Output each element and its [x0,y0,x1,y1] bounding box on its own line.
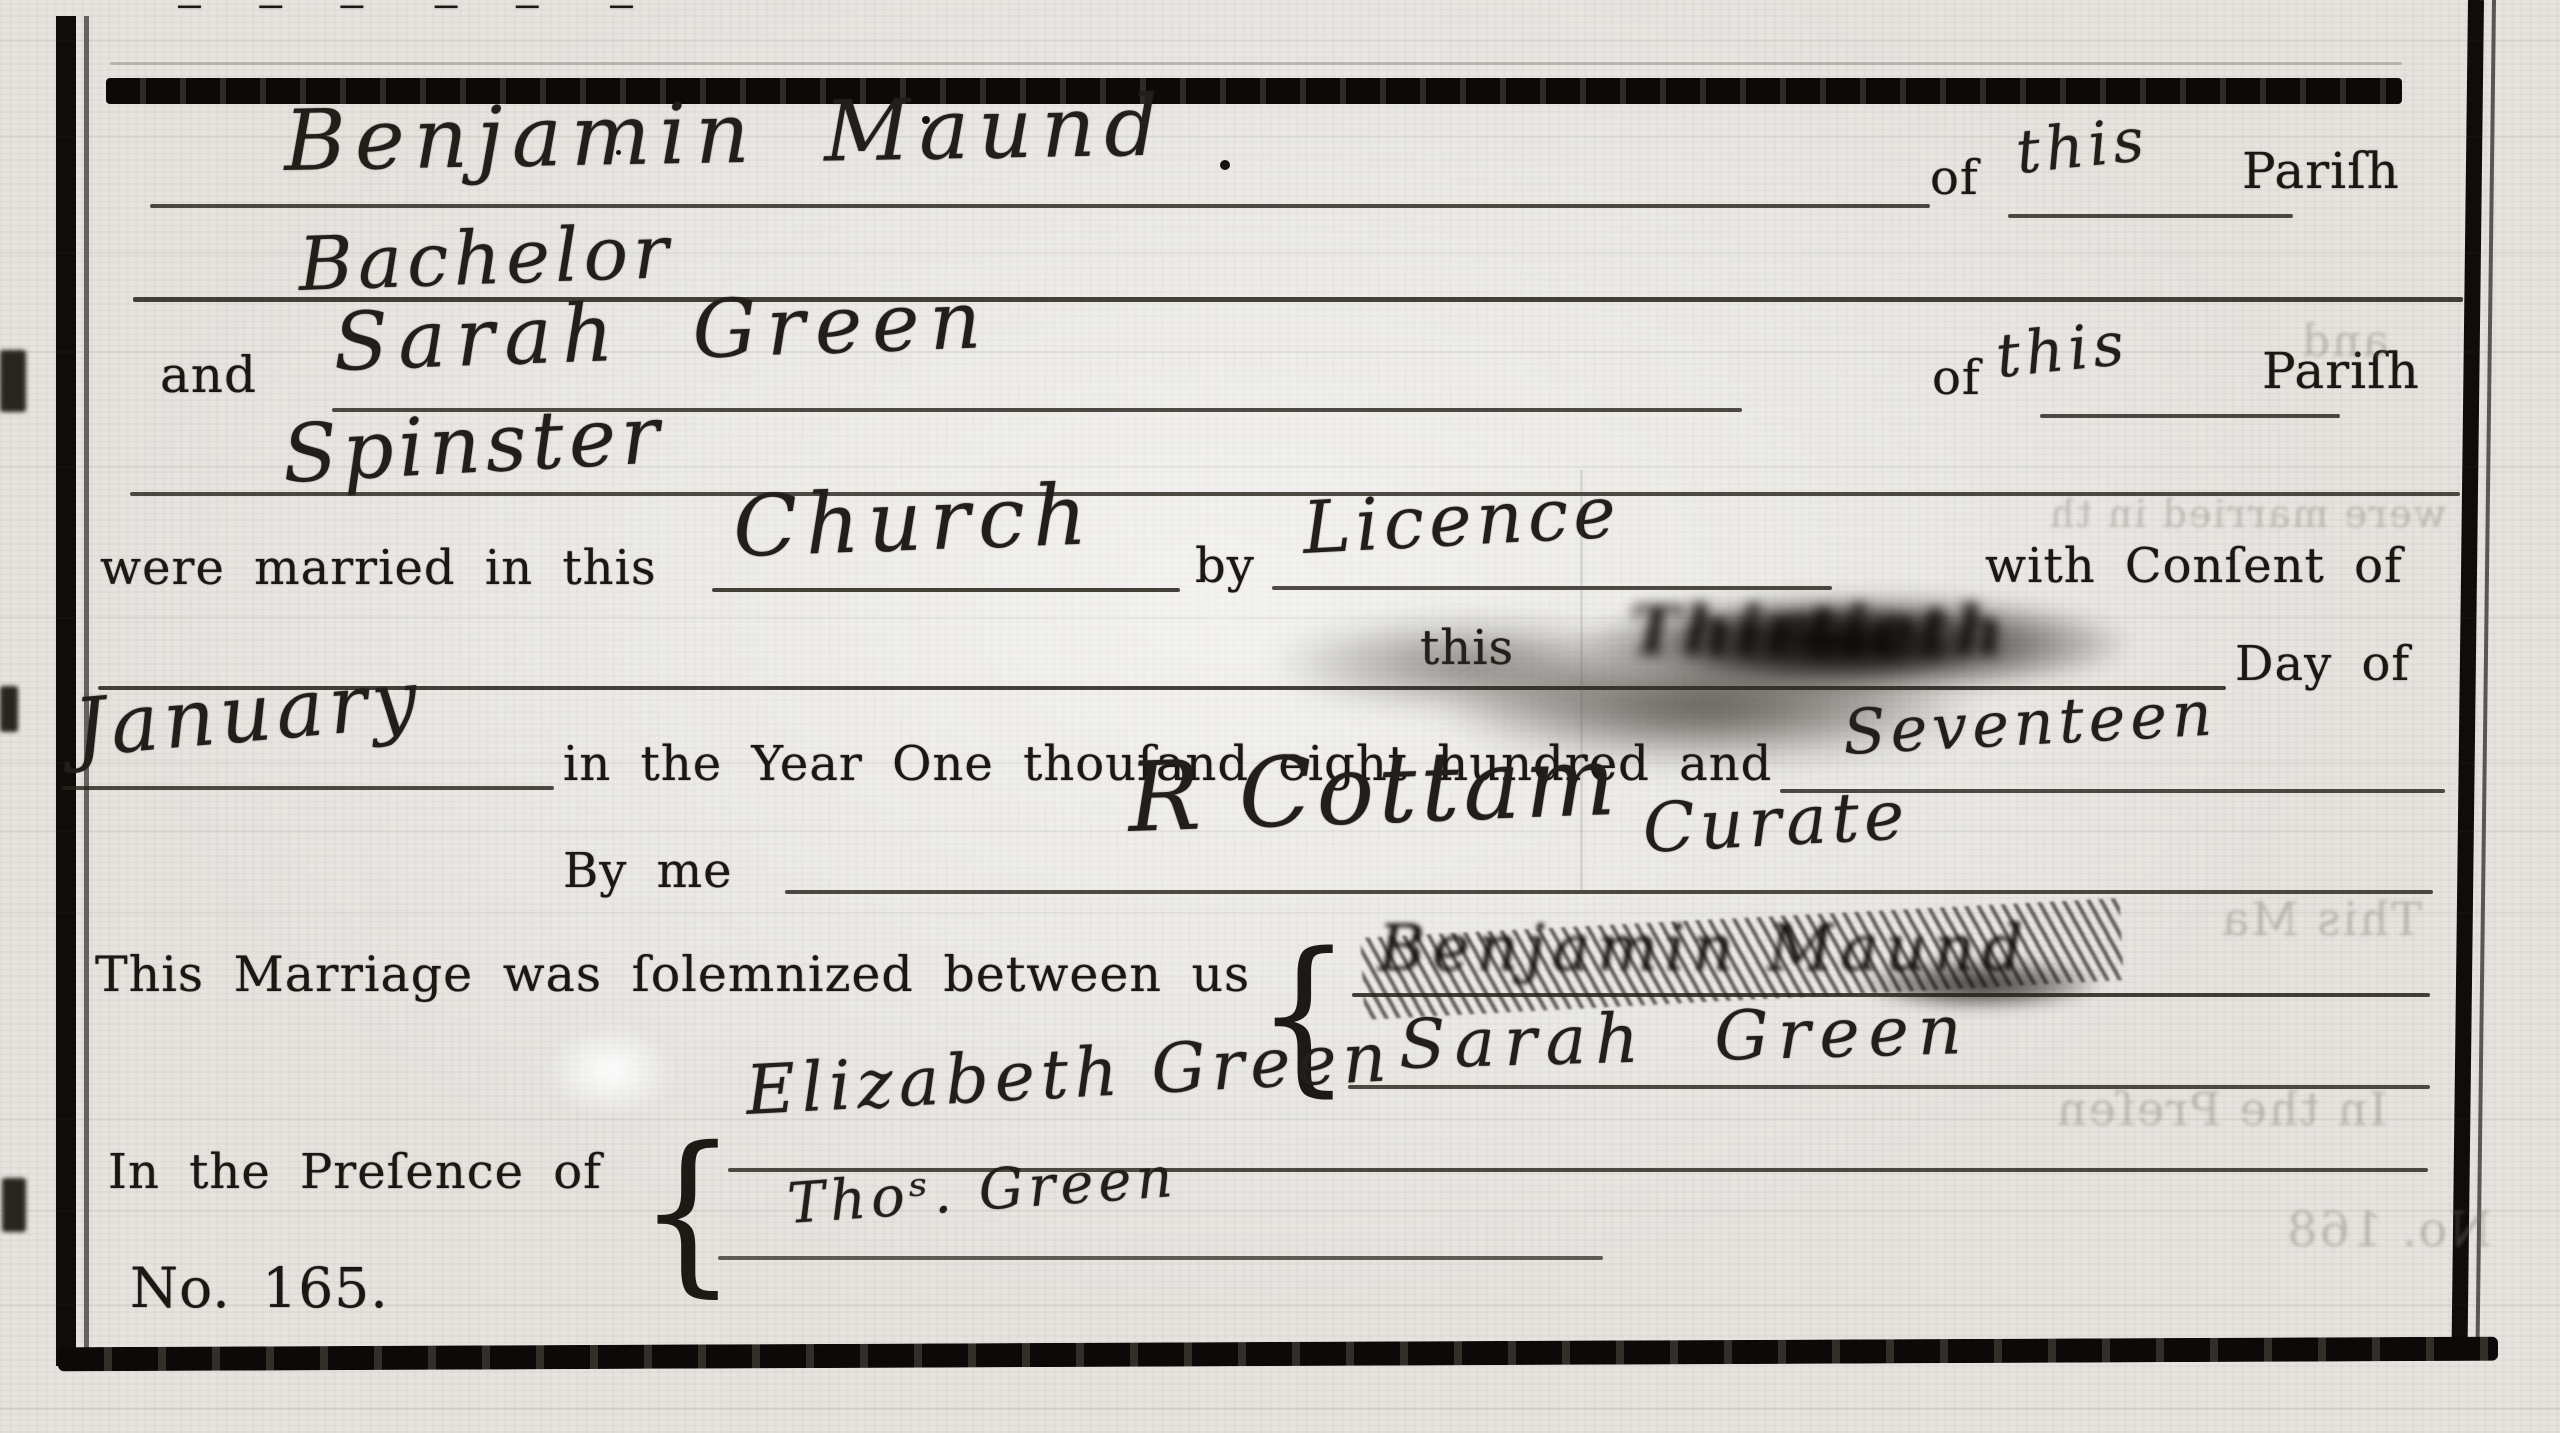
bride-signature: Sarah Green [1398,991,1972,1085]
bride-parish-line [2040,414,2340,418]
witness-2-line [718,1256,1603,1260]
place-entry: Church [732,465,1097,576]
scan-crease [1580,470,1583,890]
ink-dot [922,116,930,124]
by-me-label: By me [563,843,733,899]
and-label: and [160,346,257,404]
groom-parish-entry: this [2013,105,2152,188]
groom-name-line [150,204,1930,208]
page-edge-mark [0,686,18,732]
witness-2-signature: Thoˢ. Green [785,1145,1179,1237]
method-line [1272,586,1832,590]
texture-line [0,1408,2560,1410]
consent-label: with Conſent of [1985,538,2403,594]
bride-parish-entry: this [1993,309,2132,392]
white-spot [545,1026,675,1116]
presence-label: In the Preſence of [108,1144,602,1200]
ink-dot [616,150,621,155]
married-line-label: were married in this [100,540,657,596]
groom-parish-line [2008,214,2293,218]
solemnized-label: This Marriage was ſolemnized between us [95,946,1250,1003]
place-line [712,588,1180,592]
method-entry: Licence [1301,469,1623,570]
day-of-label: Day of [2235,636,2410,692]
month-line [62,786,554,790]
page-edge-mark [2,1178,26,1232]
top-pinline [110,62,2402,65]
texture-line [0,40,2560,42]
parish-label-groom: Pariſh [2242,142,2400,200]
presence-brace: { [638,1109,737,1313]
ghost-text-and: and [2300,316,2389,367]
witness-1-signature: Elizabeth Green [744,1018,1394,1131]
officiant-signature: R Cottam [1126,725,1621,854]
of-label-bride: of [1932,350,1981,406]
page-edge-mark [0,350,26,412]
ghost-text-married: were married in th [2048,492,2446,536]
month-entry: January [70,652,426,775]
marriage-register-page: –·–·– –·– – Benjamin Maund of this Pariſ… [0,0,2560,1433]
texture-line [0,617,2560,619]
by-label: by [1195,538,1255,594]
texture-line [0,912,2560,914]
entry-number: No. 165. [130,1256,389,1320]
of-label-groom: of [1930,150,1979,206]
officiant-title-entry: Curate [1641,776,1911,869]
texture-line [0,1210,2560,1212]
bride-condition-entry: Spinster [280,388,666,501]
ink-dot [1220,160,1230,170]
ghost-text-entry-number: No. 168 [2285,1202,2491,1258]
cutoff-text-fragment: –·–·– –·– – [175,0,652,34]
groom-name-entry: Benjamin Maund [283,77,1168,190]
ghost-text-this-marriage: This Ma [2220,892,2422,946]
ghost-text-presence: In the Preſen [2055,1082,2387,1136]
officiant-line [785,890,2433,894]
bottom-heavy-rule [58,1337,2498,1372]
